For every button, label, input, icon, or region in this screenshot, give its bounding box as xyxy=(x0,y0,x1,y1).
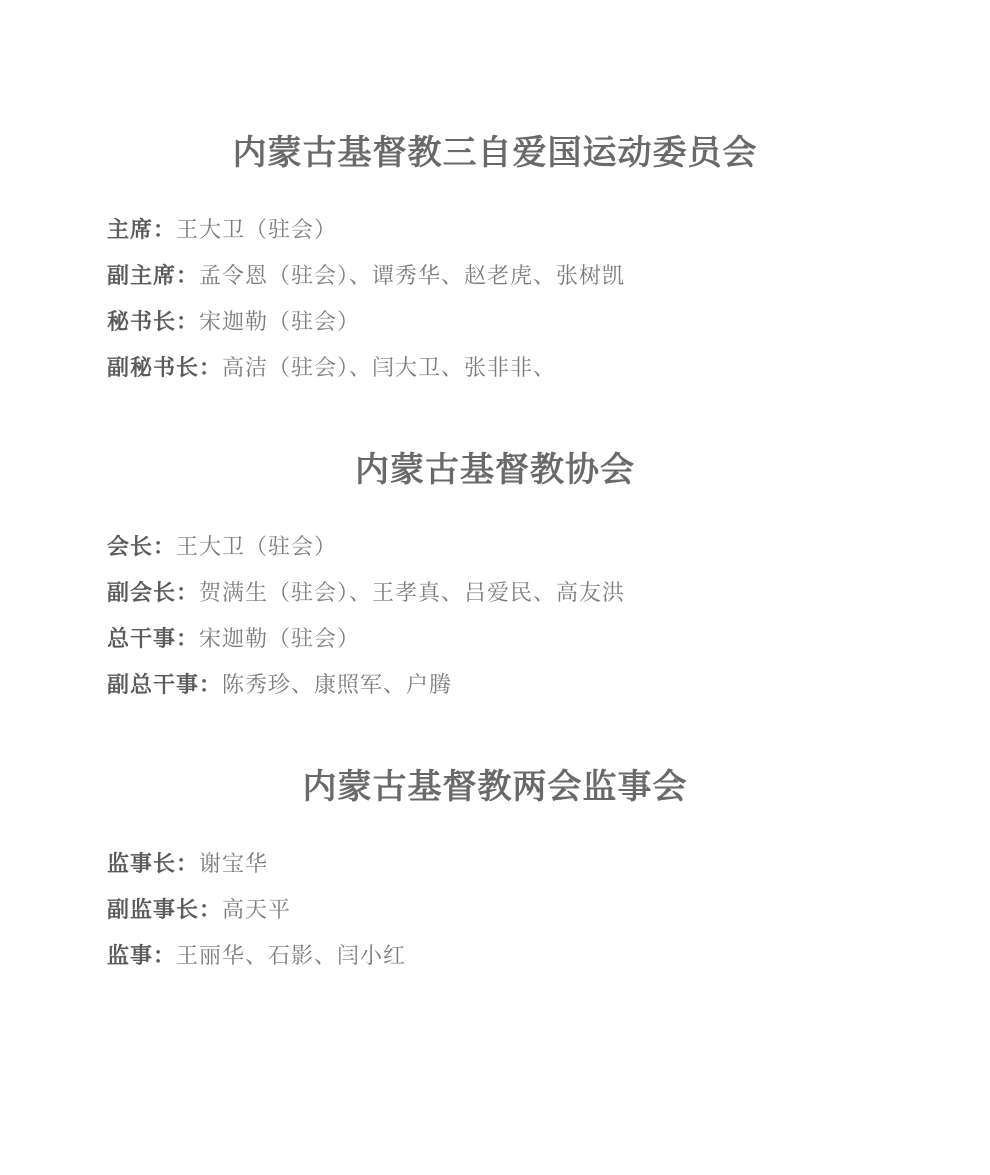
entry-row: 主席：王大卫（驻会） xyxy=(107,216,883,246)
section-title: 内蒙古基督教两会监事会 xyxy=(107,763,883,811)
entry-row: 秘书长：宋迦勒（驻会） xyxy=(107,308,883,338)
entry-value: 王丽华、石影、闫小红 xyxy=(176,944,406,969)
document-body: 内蒙古基督教三自爱国运动委员会 主席：王大卫（驻会） 副主席：孟令恩（驻会）、谭… xyxy=(0,0,990,972)
entry-row: 副会长：贺满生（驻会）、王孝真、吕爱民、高友洪 xyxy=(107,579,883,609)
entry-label: 副秘书长： xyxy=(107,356,222,381)
entry-row: 监事长：谢宝华 xyxy=(107,850,883,880)
entry-label: 副总干事： xyxy=(107,673,222,698)
entry-row: 副秘书长：高洁（驻会）、闫大卫、张非非、 xyxy=(107,354,883,384)
entry-value: 王大卫（驻会） xyxy=(176,535,337,560)
entry-label: 总干事： xyxy=(107,627,199,652)
section-christian-association: 内蒙古基督教协会 会长：王大卫（驻会） 副会长：贺满生（驻会）、王孝真、吕爱民、… xyxy=(107,446,883,701)
entry-label: 监事长： xyxy=(107,852,199,877)
entry-value: 王大卫（驻会） xyxy=(176,218,337,243)
entry-value: 宋迦勒（驻会） xyxy=(199,627,360,652)
entry-value: 陈秀珍、康照军、户腾 xyxy=(222,673,452,698)
entry-value: 谢宝华 xyxy=(199,852,268,877)
entry-row: 副总干事：陈秀珍、康照军、户腾 xyxy=(107,671,883,701)
entry-label: 会长： xyxy=(107,535,176,560)
entry-value: 孟令恩（驻会）、谭秀华、赵老虎、张树凯 xyxy=(199,264,625,289)
section-supervisory-board: 内蒙古基督教两会监事会 监事长：谢宝华 副监事长：高天平 监事：王丽华、石影、闫… xyxy=(107,763,883,972)
entry-label: 副监事长： xyxy=(107,898,222,923)
entry-row: 总干事：宋迦勒（驻会） xyxy=(107,625,883,655)
entry-value: 宋迦勒（驻会） xyxy=(199,310,360,335)
entry-row: 监事：王丽华、石影、闫小红 xyxy=(107,942,883,972)
entry-label: 秘书长： xyxy=(107,310,199,335)
entry-label: 主席： xyxy=(107,218,176,243)
entry-row: 副监事长：高天平 xyxy=(107,896,883,926)
section-three-self-committee: 内蒙古基督教三自爱国运动委员会 主席：王大卫（驻会） 副主席：孟令恩（驻会）、谭… xyxy=(107,129,883,384)
section-title: 内蒙古基督教三自爱国运动委员会 xyxy=(107,129,883,177)
entry-row: 副主席：孟令恩（驻会）、谭秀华、赵老虎、张树凯 xyxy=(107,262,883,292)
entry-label: 监事： xyxy=(107,944,176,969)
section-title: 内蒙古基督教协会 xyxy=(107,446,883,494)
entry-label: 副会长： xyxy=(107,581,199,606)
entry-label: 副主席： xyxy=(107,264,199,289)
entry-value: 高天平 xyxy=(222,898,291,923)
entry-row: 会长：王大卫（驻会） xyxy=(107,533,883,563)
entry-value: 高洁（驻会）、闫大卫、张非非、 xyxy=(222,356,556,381)
entry-value: 贺满生（驻会）、王孝真、吕爱民、高友洪 xyxy=(199,581,625,606)
